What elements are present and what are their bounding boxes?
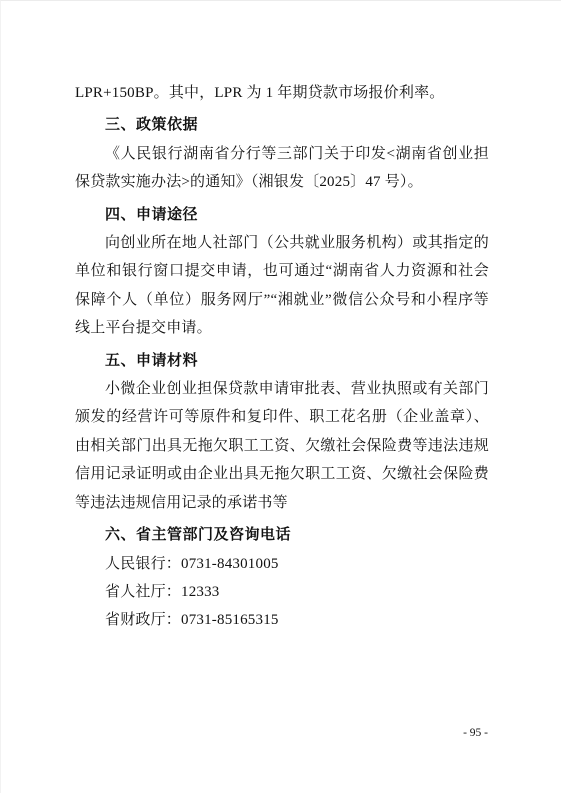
contact-line-peoples-bank: 人民银行：0731-84301005 bbox=[75, 550, 489, 578]
continuation-paragraph: LPR+150BP。其中，LPR 为 1 年期贷款市场报价利率。 bbox=[75, 79, 489, 107]
section-application-materials: 五、申请材料 小微企业创业担保贷款申请审批表、营业执照或有关部门颁发的经营许可等… bbox=[75, 347, 489, 517]
section-contact-info: 六、省主管部门及咨询电话 人民银行：0731-84301005 省人社厅：123… bbox=[75, 521, 489, 635]
document-body: LPR+150BP。其中，LPR 为 1 年期贷款市场报价利率。 三、政策依据 … bbox=[75, 79, 489, 635]
page-number: - 95 - bbox=[463, 726, 488, 740]
section-heading-policy-basis: 三、政策依据 bbox=[75, 111, 489, 139]
section-application-channels: 四、申请途径 向创业所在地人社部门（公共就业服务机构）或其指定的单位和银行窗口提… bbox=[75, 201, 489, 343]
contact-line-finance-department: 省财政厅：0731-85165315 bbox=[75, 606, 489, 634]
section-heading-application-materials: 五、申请材料 bbox=[75, 347, 489, 375]
paragraph-policy-basis: 《人民银行湖南省分行等三部门关于印发<湖南省创业担保贷款实施办法>的通知》（湘银… bbox=[75, 140, 489, 197]
contact-line-hr-department: 省人社厅：12333 bbox=[75, 578, 489, 606]
paragraph-application-materials: 小微企业创业担保贷款申请审批表、营业执照或有关部门颁发的经营许可等原件和复印件、… bbox=[75, 375, 489, 517]
document-page: LPR+150BP。其中，LPR 为 1 年期贷款市场报价利率。 三、政策依据 … bbox=[0, 0, 561, 793]
section-heading-application-channels: 四、申请途径 bbox=[75, 201, 489, 229]
paragraph-application-channels: 向创业所在地人社部门（公共就业服务机构）或其指定的单位和银行窗口提交申请，也可通… bbox=[75, 229, 489, 343]
section-policy-basis: 三、政策依据 《人民银行湖南省分行等三部门关于印发<湖南省创业担保贷款实施办法>… bbox=[75, 111, 489, 196]
section-heading-contact-info: 六、省主管部门及咨询电话 bbox=[75, 521, 489, 549]
